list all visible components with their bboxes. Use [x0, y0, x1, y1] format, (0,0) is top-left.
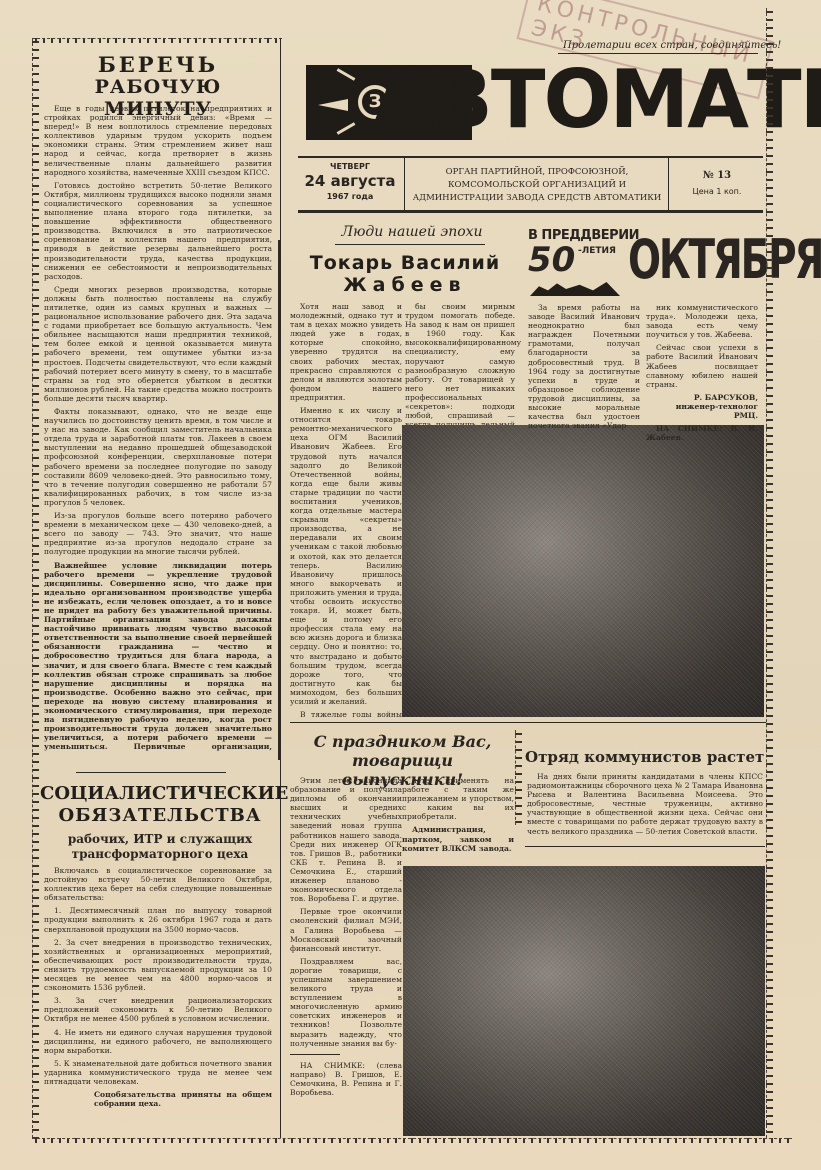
- communists-title: Отряд коммунистов растет: [525, 748, 765, 766]
- slogan: Пролетарии всех стран, соединяйтесь!: [563, 40, 781, 51]
- paragraph: Включаясь в социалистическое соревновани…: [44, 866, 272, 902]
- issue-date: 24 августа: [300, 172, 400, 190]
- author-name: Р. БАРСУКОВ,: [646, 393, 758, 402]
- photo-graduates: [403, 866, 765, 1136]
- paragraph: Важнейшее условие ликвидации потерь рабо…: [44, 561, 272, 755]
- emblem-ray-icon: [337, 68, 356, 81]
- box-border: [515, 730, 522, 825]
- paragraph: Факты показывают, однако, что не везде е…: [44, 407, 272, 507]
- paragraph: Сейчас свои успехи в работе Василий Иван…: [646, 343, 758, 388]
- banner-number: 50: [528, 240, 575, 280]
- closing-note: Соцобязательства приняты на общем собран…: [94, 1090, 272, 1108]
- obligation-item: 1. Десятимесячный план по выпуску товарн…: [44, 906, 272, 933]
- obligation-item: 4. Не иметь ни единого случая нарушения …: [44, 1028, 272, 1055]
- graduates-col2: дете применять на работе с таким же прил…: [402, 776, 514, 857]
- publisher-line: АДМИНИСТРАЦИИ ЗАВОДА СРЕДСТВ АВТОМАТИКИ: [408, 192, 666, 205]
- newspaper-title: АВТОМАТИКА: [372, 55, 821, 145]
- photo-caption: НА СНИМКЕ: В. И. Жабеев.: [646, 424, 758, 442]
- paragraph: В тяжелые годы войны Василий Иванович ст…: [290, 710, 402, 717]
- photo-caption: НА СНИМКЕ: (слева направо) В. Гришов, Е.…: [290, 1061, 402, 1097]
- turner-col2: бы своим мирным трудом помогать победе. …: [405, 302, 515, 442]
- emblem-ray-icon: [337, 122, 356, 135]
- turner-title-line2: Жабеев: [290, 274, 520, 296]
- obligations-body: Включаясь в социалистическое соревновани…: [44, 866, 272, 1112]
- obligation-item: 5. К знаменательной дате добиться почетн…: [44, 1059, 272, 1086]
- divider: [668, 158, 669, 210]
- obligations-title-line1: СОЦИАЛИСТИЧЕСКИЕ: [40, 783, 280, 804]
- issue-weekday: ЧЕТВЕРГ: [300, 162, 400, 171]
- rubric: Люди нашей эпохи: [337, 224, 487, 240]
- author-role: инженер-технолог РМЦ.: [646, 402, 758, 420]
- column-bar: [278, 240, 281, 760]
- obligations-title-line2: ОБЯЗАТЕЛЬСТВА: [40, 805, 280, 826]
- paragraph: Первые трое окончили смоленский филиал М…: [290, 907, 402, 952]
- kremlin-skyline-icon: [530, 282, 620, 296]
- publisher-statement: ОРГАН ПАРТИЙНОЙ, ПРОФСОЮЗНОЙ, КОМСОМОЛЬС…: [408, 166, 666, 205]
- paragraph: Из-за прогулов больше всего потеряно раб…: [44, 511, 272, 556]
- masthead-rule-top: [298, 156, 763, 158]
- photo-turner-at-lathe: [402, 425, 764, 717]
- rubric-underline: [335, 244, 485, 245]
- communists-body: На днях были приняты кандидатами в члены…: [527, 772, 763, 840]
- right-border: [766, 8, 773, 1138]
- graduates-title-line1: С праздником Вас,: [290, 732, 515, 751]
- paragraph: Хотя наш завод и молодежный, однако тут …: [290, 302, 402, 402]
- paragraph: бы своим мирным трудом помогать победе. …: [405, 302, 515, 438]
- issue-year: 1967 года: [300, 192, 400, 201]
- paragraph: Среди многих резервов производства, кото…: [44, 285, 272, 403]
- graduates-col1: Этим летом закончила образование и получ…: [290, 776, 402, 1101]
- october-col2: ник коммунистического труда». Молодежи ц…: [646, 303, 758, 446]
- caption-separator: [290, 1054, 340, 1055]
- turner-col1: Хотя наш завод и молодежный, однако тут …: [290, 302, 402, 717]
- obligation-item: 3. За счет внедрения рационализаторских …: [44, 996, 272, 1023]
- section-separator: [525, 846, 765, 847]
- section-separator: [290, 722, 766, 723]
- paragraph: Еще в годы первых пятилеток на предприят…: [44, 104, 272, 177]
- divider: [404, 158, 405, 210]
- signature: Администрация, партком, завком и комитет…: [402, 825, 514, 852]
- publisher-line: КОМСОМОЛЬСКОЙ ОРГАНИЗАЦИЙ И: [408, 179, 666, 192]
- turner-title-line1: Токарь Василий: [290, 252, 520, 274]
- left-border: [32, 38, 39, 1138]
- paragraph: Поздравляем вас, дорогие товарищи, с усп…: [290, 957, 402, 1048]
- paragraph: Именно к их числу и относится токарь рем…: [290, 406, 402, 706]
- banner-suffix: -ЛЕТИЯ: [578, 246, 616, 256]
- paragraph: Этим летом закончила образование и получ…: [290, 776, 402, 903]
- bottom-border: [32, 1138, 792, 1143]
- october-col1: За время работы на заводе Василий Иванов…: [528, 303, 640, 434]
- section-separator: [76, 772, 226, 773]
- issue-number: № 13: [672, 170, 762, 181]
- paragraph: На днях были приняты кандидатами в члены…: [527, 772, 763, 836]
- paragraph: Готовясь достойно встретить 50-летие Вел…: [44, 181, 272, 281]
- editorial-title-line1: БЕРЕЧЬ: [42, 52, 274, 77]
- obligations-subtitle-line2: трансформаторного цеха: [40, 847, 280, 861]
- top-border: [32, 38, 282, 43]
- masthead-rule-bottom: [298, 210, 763, 213]
- paragraph: дете применять на работе с таким же прил…: [402, 776, 514, 821]
- paragraph: ник коммунистического труда». Молодежи ц…: [646, 303, 758, 339]
- obligation-item: 2. За счет внедрения в производство техн…: [44, 938, 272, 993]
- newspaper-page: КОНТРОЛЬНЫЙ ЭКЗ. Пролетарии всех стран, …: [0, 0, 821, 1170]
- editorial-body: Еще в годы первых пятилеток на предприят…: [44, 104, 272, 754]
- emblem-ray-icon: [318, 99, 348, 111]
- banner-word: ОКТЯБРЯ: [628, 230, 821, 290]
- issue-price: Цена 1 коп.: [672, 187, 762, 196]
- paragraph: За время работы на заводе Василий Иванов…: [528, 303, 640, 430]
- obligations-subtitle-line1: рабочих, ИТР и служащих: [40, 832, 280, 846]
- publisher-line: ОРГАН ПАРТИЙНОЙ, ПРОФСОЮЗНОЙ,: [408, 166, 666, 179]
